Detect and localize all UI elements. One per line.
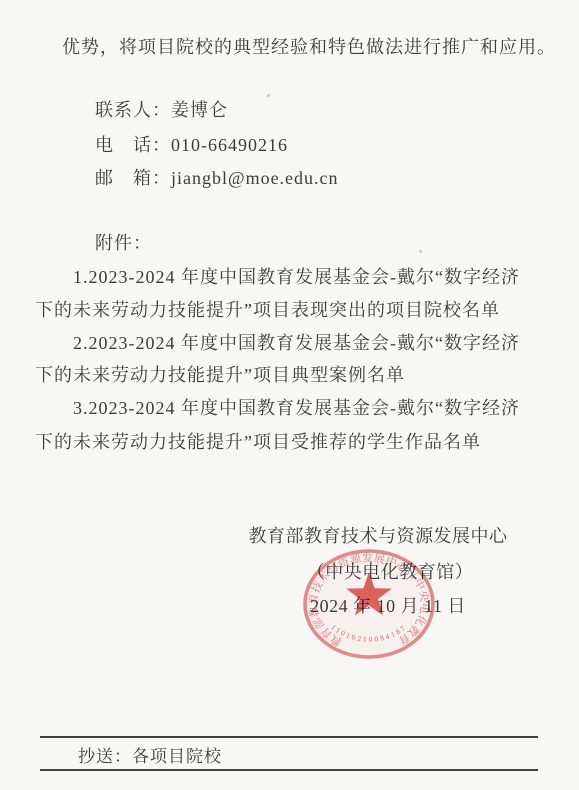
- footer-top-rule: [40, 736, 538, 738]
- scan-artifact: [419, 250, 422, 253]
- contact-email-label: 邮 箱：: [95, 168, 171, 188]
- contact-phone-value: 010-66490216: [171, 135, 288, 155]
- cc-line: 抄送：各项目院校: [78, 748, 222, 765]
- attachment-item-3-line-2: 下的未来劳动力技能提升”项目受推荐的学生作品名单: [35, 433, 481, 451]
- seal-ring-text: 教育部教育技术与资源发展中心（中央电化教育馆）: [0, 0, 432, 650]
- contact-phone-label: 电 话：: [95, 135, 171, 155]
- attachment-item-3-line-1: 3.2023-2024 年度中国教育发展基金会-戴尔“数字经济: [73, 399, 520, 417]
- body-paragraph-line: 优势，将项目院校的典型经验和特色做法进行推广和应用。: [62, 38, 556, 56]
- scanned-letter-page: 优势，将项目院校的典型经验和特色做法进行推广和应用。 联系人：姜博仑 电 话：0…: [0, 0, 579, 790]
- signature-date: 2024 年 10 月 11 日: [310, 597, 466, 615]
- official-seal: 教育部教育技术与资源发展中心（中央电化教育馆） 11010210084187: [0, 0, 579, 790]
- contact-person-value: 姜博仑: [171, 100, 228, 120]
- seal-serial-number: 11010210084187: [329, 622, 408, 643]
- attachment-item-2-line-1: 2.2023-2024 年度中国教育发展基金会-戴尔“数字经济: [73, 334, 520, 352]
- footer-bottom-rule: [40, 769, 538, 771]
- contact-person-label: 联系人：: [95, 100, 171, 120]
- contact-person-line: 联系人：姜博仑: [95, 101, 228, 119]
- attachment-item-2-line-2: 下的未来劳动力技能提升”项目典型案例名单: [35, 366, 405, 384]
- attachments-heading: 附件：: [95, 234, 152, 252]
- signature-org-line-1: 教育部教育技术与资源发展中心: [249, 527, 508, 545]
- contact-phone-line: 电 话：010-66490216: [95, 136, 288, 154]
- signature-org-line-2: （中央电化教育馆）: [307, 563, 474, 581]
- attachment-item-1-line-2: 下的未来劳动力技能提升”项目表现突出的项目院校名单: [35, 301, 500, 319]
- attachment-item-1-line-1: 1.2023-2024 年度中国教育发展基金会-戴尔“数字经济: [73, 268, 520, 286]
- scan-artifact: [267, 94, 270, 97]
- cc-value: 各项目院校: [132, 747, 222, 766]
- contact-email-value: jiangbl@moe.edu.cn: [171, 168, 339, 188]
- contact-email-line: 邮 箱：jiangbl@moe.edu.cn: [95, 169, 339, 187]
- cc-label: 抄送：: [78, 747, 132, 766]
